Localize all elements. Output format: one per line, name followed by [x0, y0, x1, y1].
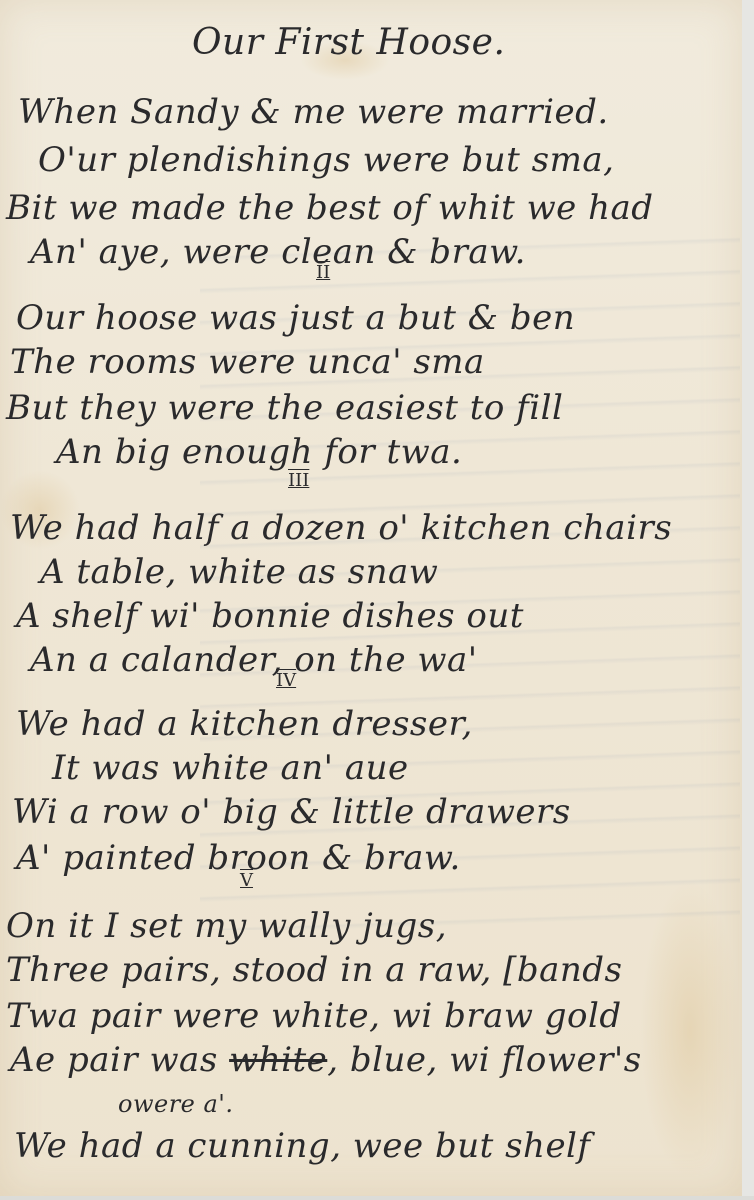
handwritten-page: Our First Hoose. When Sandy & me were ma…	[0, 0, 742, 1196]
poem-line: We had a cunning, wee but shelf	[14, 1126, 591, 1166]
poem-line-part: Ae pair was	[10, 1040, 218, 1080]
poem-line: When Sandy & me were married.	[18, 92, 609, 132]
poem-line: Bit we made the best of whit we had	[6, 188, 654, 228]
poem-line: The rooms were unca' sma	[10, 342, 485, 382]
poem-line: O'ur plendishings were but sma,	[38, 140, 614, 180]
poem-line: Wi a row o' big & little drawers	[12, 792, 571, 832]
poem-line: Twa pair were white, wi braw gold	[6, 996, 622, 1036]
poem-line: Our hoose was just a but & ben	[16, 298, 575, 338]
poem-line: A table, white as snaw	[40, 552, 438, 592]
poem-line: Three pairs, stood in a raw, [bands	[6, 950, 623, 990]
poem-line: On it I set my wally jugs,	[6, 906, 447, 946]
poem-line-continuation: owere a'.	[118, 1090, 234, 1118]
stanza-numeral: III	[288, 470, 309, 491]
poem-line: A' painted broon & braw.	[16, 838, 461, 878]
poem-line: A shelf wi' bonnie dishes out	[16, 596, 524, 636]
poem-line: An' aye, were clean & braw.	[30, 232, 526, 272]
poem-line: Ae pair was white, blue, wi flower's	[10, 1040, 642, 1080]
poem-line: An big enough for twa.	[56, 432, 462, 472]
poem-line: But they were the easiest to fill	[6, 388, 563, 428]
stanza-numeral: IV	[276, 670, 296, 691]
poem-title: Our First Hoose.	[192, 22, 505, 63]
struck-out-word: white	[229, 1040, 327, 1080]
poem-line: We had half a dozen o' kitchen chairs	[10, 508, 672, 548]
poem-line: We had a kitchen dresser,	[16, 704, 473, 744]
scan-edge	[0, 1196, 754, 1200]
stanza-numeral: II	[316, 262, 330, 283]
poem-line-part: , blue, wi flower's	[327, 1040, 641, 1080]
stanza-numeral: V	[240, 870, 253, 891]
scan-edge	[742, 0, 754, 1200]
poem-line: It was white an' aue	[52, 748, 409, 788]
poem-line: An a calander, on the wa'	[30, 640, 478, 680]
